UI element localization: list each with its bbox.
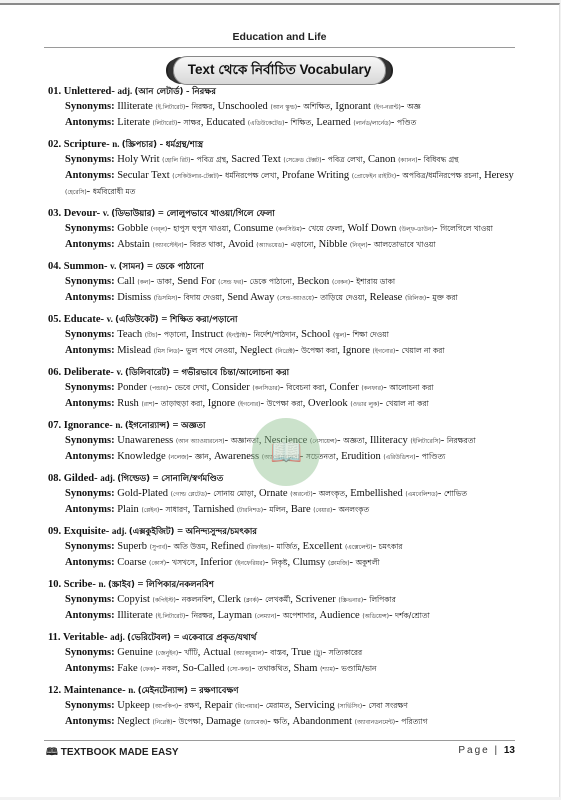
- term-word: Consider: [212, 382, 253, 393]
- page-number-value: 13: [504, 745, 515, 756]
- term-meaning: খেয়ে ফেলা: [308, 224, 342, 233]
- term-meaning: ধর্মবিরোধী মত: [93, 187, 136, 196]
- bangla-meaning: অজ্ঞতা: [181, 421, 205, 431]
- term-word: Confer: [330, 382, 362, 393]
- antonyms-line: Antonyms: Neglect (নিগ্লেক্ট)- উপেক্ষা, …: [48, 714, 539, 730]
- synonyms-line: Synonyms: Holy Writ (হোলি রিট)- পবিত্র গ…: [48, 152, 539, 168]
- term-word: Refined: [211, 541, 247, 552]
- bangla-meaning: ডেকে পাঠানো: [156, 262, 204, 272]
- term-pronunciation: (রিফাইন্ড): [247, 544, 271, 551]
- entry-word: Ignorance-: [64, 420, 116, 431]
- term-word: Consume: [234, 223, 276, 234]
- term-pronunciation: (অ্যাভয়েড): [256, 242, 284, 249]
- term-meaning: অশিক্ষিত: [303, 102, 330, 111]
- term-pronunciation: (ফেক): [140, 666, 156, 673]
- term-pronunciation: (হেরেসি): [65, 189, 87, 196]
- part-of-speech: adj.: [110, 632, 127, 642]
- term-word: Illiterate: [117, 101, 155, 112]
- entry-number: 12.: [48, 685, 64, 696]
- term-meaning: অকুশলী: [356, 558, 380, 567]
- term-word: Gobble: [117, 223, 151, 234]
- separator: -: [183, 86, 192, 97]
- term-meaning: লিপিকার: [369, 595, 396, 604]
- term-word: Learned: [316, 117, 353, 128]
- synonyms-label: Synonyms:: [65, 647, 117, 658]
- term-meaning: নিরক্ষর: [191, 611, 212, 620]
- antonyms-label: Antonyms:: [65, 557, 117, 568]
- term-meaning: ডেকে পাঠানো: [250, 277, 292, 286]
- antonyms-line: Antonyms: Mislead (মিস লিড)- ভুল পথে নেও…: [48, 343, 539, 359]
- term-word: Inferior: [200, 557, 235, 568]
- term-meaning: উপেক্ষা করা: [267, 399, 303, 408]
- term-word: Audience: [319, 610, 362, 621]
- term-word: Gold-Plated: [117, 488, 170, 499]
- term-pronunciation: (ই.লিটারেট): [155, 104, 185, 111]
- synonyms-label: Synonyms:: [65, 329, 117, 340]
- synonyms-line: Synonyms: Ponder (পন্ডার)- ভেবে দেখা, Co…: [48, 380, 539, 396]
- entry-number: 02.: [48, 139, 64, 150]
- antonyms-line: Antonyms: Plain (প্লেইন)- সাধারণ, Tarnis…: [48, 502, 539, 518]
- entry-heading: 10. Scribe- n. (স্ক্রাইব) = লিপিকার/নকলন…: [48, 577, 539, 592]
- term-word: Sham: [294, 663, 321, 674]
- term-word: Unawareness: [117, 435, 176, 446]
- term-meaning: ডাকা: [157, 277, 172, 286]
- term-word: Tarnished: [193, 504, 237, 515]
- term-pronunciation: (ইলিটারেসি): [410, 438, 440, 445]
- term-word: Knowledge: [117, 451, 168, 462]
- term-meaning: আলোচনা করা: [389, 383, 433, 392]
- term-word: Fake: [117, 663, 140, 674]
- entry-heading: 06. Deliberate- v. (ডিলিবারেট) = গভীরভাব…: [48, 365, 539, 380]
- term-meaning: বিদায় দেওয়া: [184, 293, 222, 302]
- watermark-logo: 📖: [252, 418, 320, 486]
- synonyms-line: Synonyms: Teach (টিচ)- পড়ানো, Instruct …: [48, 327, 539, 343]
- entry-number: 10.: [48, 579, 64, 590]
- term-pronunciation: (জেনুইন): [155, 650, 178, 657]
- antonyms-line: Antonyms: Coarse (কোর্স)- খসখসে, Inferio…: [48, 555, 539, 571]
- term-word: Educated: [206, 117, 248, 128]
- term-word: Scrivener: [296, 594, 339, 605]
- term-word: Send Away: [227, 292, 277, 303]
- synonyms-label: Synonyms:: [65, 154, 117, 165]
- entry-heading: 11. Veritable- adj. (ভেরিটেবল) = একেবারে…: [48, 630, 539, 645]
- entry-heading: 12. Maintenance- n. (মেইনটেন্যান্স) = রক…: [48, 683, 539, 698]
- term-pronunciation: (টারনিশড): [237, 507, 263, 514]
- term-word: Layman: [218, 610, 255, 621]
- term-pronunciation: (সুপার্ব): [150, 544, 168, 551]
- term-pronunciation: (ইগনোর): [238, 401, 261, 408]
- term-pronunciation: (ওভার লুক): [350, 401, 379, 408]
- pronunciation: (ভেরিটেবল): [127, 633, 171, 643]
- term-pronunciation: (টিচ): [145, 332, 158, 339]
- term-meaning: এড়ানো: [291, 240, 314, 249]
- term-word: Actual: [203, 647, 234, 658]
- entry-word: Devour-: [64, 208, 103, 219]
- term-pronunciation: (কনফার): [361, 385, 383, 392]
- term-pronunciation: (কনসিউম): [276, 226, 302, 233]
- term-word: Repair: [204, 700, 235, 711]
- term-pronunciation: (কল): [137, 279, 150, 286]
- term-word: Canon: [368, 154, 398, 165]
- term-meaning: সোনায় মোড়া: [213, 489, 254, 498]
- antonyms-label: Antonyms:: [65, 292, 117, 303]
- term-pronunciation: (এক্সেলেন্ট): [345, 544, 373, 551]
- vocabulary-list: 01. Unlettered- adj. (আন লেটার্ড) - নিরক…: [48, 84, 539, 736]
- term-pronunciation: (স্ক্রিভনার): [338, 597, 363, 604]
- antonyms-label: Antonyms:: [65, 398, 117, 409]
- term-meaning: লেখকর্মী: [265, 595, 290, 604]
- term-meaning: সেবা সংরক্ষণ: [368, 701, 408, 710]
- bangla-meaning: লিপিকার/নকলনবিশ: [146, 580, 214, 590]
- term-meaning: রক্ষণ: [184, 701, 199, 710]
- part-of-speech: adj.: [100, 473, 117, 483]
- bangla-meaning: অনিন্দ্যসুন্দর/চমৎকার: [186, 527, 257, 537]
- pronunciation: (এডিউকেট): [115, 315, 159, 325]
- term-meaning: অজ্ঞতা: [343, 436, 364, 445]
- term-meaning: সাধারণ: [165, 505, 187, 514]
- term-meaning: ভুল পথে নেওয়া: [186, 346, 235, 355]
- term-word: Erudition: [341, 451, 383, 462]
- term-meaning: জ্ঞান: [195, 452, 209, 461]
- term-meaning: চমৎকার: [379, 542, 403, 551]
- antonyms-line: Antonyms: Secular Text (সেকিউলার-টেক্সট)…: [48, 168, 539, 200]
- term-meaning: মার্জিত: [277, 542, 298, 551]
- term-meaning: নিরক্ষরতা: [447, 436, 476, 445]
- term-pronunciation: (প্রোফেইন রাইটিং): [352, 173, 396, 180]
- term-pronunciation: (অ্যাকচুয়াল): [234, 650, 265, 657]
- term-word: Abandonment: [293, 716, 355, 727]
- vocab-entry: 09. Exquisite- adj. (এক্সকুইজিট) = অনিন্…: [48, 524, 539, 571]
- synonyms-label: Synonyms:: [65, 276, 117, 287]
- separator: =: [155, 208, 166, 219]
- term-pronunciation: (পন্ডার): [150, 385, 169, 392]
- synonyms-label: Synonyms:: [65, 435, 117, 446]
- bangla-meaning: সোনালি/স্বর্ণমণ্ডিত: [161, 474, 223, 484]
- antonyms-line: Antonyms: Dismiss (ডিসমিস)- বিদায় দেওয়…: [48, 290, 539, 306]
- antonyms-line: Antonyms: Rush (রাশ)- তাড়াহুড়া করা, Ig…: [48, 396, 539, 412]
- entry-heading: 04. Summon- v. (সামন) = ডেকে পাঠানো: [48, 259, 539, 274]
- term-pronunciation: (রিলিজ): [405, 295, 426, 302]
- synonyms-label: Synonyms:: [65, 101, 117, 112]
- pronunciation: (সামন): [119, 262, 145, 272]
- term-pronunciation: (বেকন): [332, 279, 350, 286]
- term-meaning: খেয়াল না করা: [401, 346, 444, 355]
- term-pronunciation: (সার্ভিসিং): [337, 703, 362, 710]
- term-meaning: অনলংকৃত: [338, 505, 369, 514]
- term-pronunciation: (উল্‌ফ-ডাউন): [399, 226, 434, 233]
- vocab-entry: 12. Maintenance- n. (মেইনটেন্যান্স) = রক…: [48, 683, 539, 730]
- term-meaning: অজ্ঞ: [407, 102, 421, 111]
- entry-number: 04.: [48, 261, 64, 272]
- separator: =: [170, 420, 181, 431]
- synonyms-label: Synonyms:: [65, 594, 117, 605]
- bangla-meaning: নিরক্ষর: [192, 87, 216, 97]
- term-word: Sacred Text: [231, 154, 283, 165]
- term-word: Overlook: [308, 398, 350, 409]
- bangla-meaning: একেবারে প্রকৃত/যথার্থ: [182, 633, 256, 643]
- term-meaning: গিলেগিলে খাওয়া: [440, 224, 493, 233]
- term-word: Send For: [177, 276, 218, 287]
- term-pronunciation: (অ্যাবানডনমেন্ট): [355, 719, 395, 726]
- term-pronunciation: (প্লেইন): [141, 507, 159, 514]
- entry-word: Gilded-: [64, 473, 100, 484]
- term-pronunciation: (নিগ্লেক্ট): [153, 719, 173, 726]
- document-page: Education and Life Text থেকে নির্বাচিত V…: [0, 3, 560, 797]
- term-word: Wolf Down: [347, 223, 399, 234]
- separator: =: [188, 685, 199, 696]
- term-meaning: বিধিবদ্ধ গ্রন্থ: [424, 155, 459, 164]
- term-word: Genuine: [117, 647, 155, 658]
- entry-heading: 02. Scripture- n. (স্ক্রিপচার) - ধর্মগ্র…: [48, 137, 539, 152]
- synonyms-label: Synonyms:: [65, 382, 117, 393]
- vocab-entry: 03. Devour- v. (ডিভাউয়ার) = লোলুপভাবে খ…: [48, 206, 539, 253]
- vocab-entry: 04. Summon- v. (সামন) = ডেকে পাঠানোSynon…: [48, 259, 539, 306]
- part-of-speech: n.: [115, 420, 125, 430]
- term-word: Neglect: [117, 716, 152, 727]
- bangla-meaning: শিক্ষিত করা/পড়ানো: [170, 315, 238, 325]
- vocab-entry: 11. Veritable- adj. (ভেরিটেবল) = একেবারে…: [48, 630, 539, 677]
- term-pronunciation: (লার্নড/লার্নেড): [353, 120, 391, 127]
- term-pronunciation: (আন অ্যাওয়ারনেস): [176, 438, 225, 445]
- pronunciation: (ইগনোর‍্যান্স): [125, 421, 170, 431]
- part-of-speech: v.: [103, 208, 112, 218]
- antonyms-line: Antonyms: Abstain (অ্যাবস্টেইন)- বিরত থা…: [48, 237, 539, 253]
- term-meaning: আলতোভাবে খাওয়া: [374, 240, 436, 249]
- term-pronunciation: (রিপেয়ার): [235, 703, 260, 710]
- term-word: Excellent: [303, 541, 345, 552]
- term-pronunciation: (এরিউডিশন): [383, 454, 415, 461]
- term-meaning: অতি উত্তম: [174, 542, 206, 551]
- term-pronunciation: (সেক্রেড টেক্সট): [283, 157, 321, 164]
- term-meaning: ক্ষতি: [273, 717, 287, 726]
- antonyms-label: Antonyms:: [65, 663, 117, 674]
- bangla-meaning: ধর্মগ্রন্থ/শাস্ত্র: [166, 140, 203, 150]
- term-meaning: খসখসে: [172, 558, 195, 567]
- term-pronunciation: (এমবেলিশড): [405, 491, 437, 498]
- antonyms-label: Antonyms:: [65, 451, 117, 462]
- term-pronunciation: (এডিউকেটেড): [248, 120, 285, 127]
- antonyms-label: Antonyms:: [65, 610, 117, 621]
- antonyms-line: Antonyms: Fake (ফেক)- নকল, So-Called (সো…: [48, 661, 539, 677]
- term-pronunciation: (কপিইস্ট): [153, 597, 176, 604]
- footer-divider: [44, 740, 515, 741]
- term-pronunciation: (ড্যামেজ): [244, 719, 268, 726]
- separator: =: [159, 314, 170, 325]
- term-pronunciation: (ই.লিটারেট): [155, 613, 185, 620]
- antonyms-label: Antonyms:: [65, 117, 117, 128]
- antonyms-label: Antonyms:: [65, 239, 117, 250]
- term-meaning: নকলনবিশ: [182, 595, 213, 604]
- part-of-speech: v.: [107, 314, 116, 324]
- term-pronunciation: (ক্যানন): [398, 157, 418, 164]
- term-pronunciation: (ডিসমিস): [154, 295, 178, 302]
- term-word: Neglect: [240, 345, 275, 356]
- running-header: Education and Life: [0, 31, 559, 43]
- term-meaning: তথাকথিত: [258, 664, 289, 673]
- term-pronunciation: (অরনেট): [290, 491, 312, 498]
- term-meaning: পাণ্ডিত্য: [422, 452, 446, 461]
- term-pronunciation: (নিগ্লেক্ট): [275, 348, 295, 355]
- term-word: Ignore: [343, 345, 373, 356]
- term-pronunciation: (হোলি রিট): [162, 157, 190, 164]
- term-word: Illiterate: [117, 610, 155, 621]
- term-meaning: পণ্ডিত: [397, 118, 416, 127]
- synonyms-line: Synonyms: Genuine (জেনুইন)- খাঁটি, Actua…: [48, 645, 539, 661]
- term-meaning: সাক্ষর: [183, 118, 200, 127]
- term-pronunciation: (ইনফেরিয়র): [235, 560, 265, 567]
- vocab-entry: 02. Scripture- n. (স্ক্রিপচার) - ধর্মগ্র…: [48, 137, 539, 200]
- term-word: Secular Text: [117, 170, 172, 181]
- term-word: Ignorant: [335, 101, 373, 112]
- entry-word: Summon-: [64, 261, 110, 272]
- term-word: School: [301, 329, 333, 340]
- pronunciation: (গিল্ডেড): [117, 474, 150, 484]
- term-meaning: শিক্ষিত: [291, 118, 311, 127]
- term-meaning: বিরত থাকা: [190, 240, 223, 249]
- entry-word: Maintenance-: [64, 685, 128, 696]
- term-word: Superb: [117, 541, 149, 552]
- footer-brand: 🕮TEXTBOOK MADE EASY: [46, 745, 179, 762]
- term-pronunciation: (গোল্ড প্লেটেড): [171, 491, 207, 498]
- term-pronunciation: (ইনস্ট্রাক্ট): [226, 332, 247, 339]
- synonyms-label: Synonyms:: [65, 488, 117, 499]
- term-pronunciation: (সেন্ড-অ্যাওয়ে): [277, 295, 314, 302]
- entry-word: Scribe-: [64, 579, 99, 590]
- term-word: Upkeep: [117, 700, 152, 711]
- part-of-speech: n.: [98, 579, 108, 589]
- term-meaning: শিক্ষা দেওয়া: [353, 330, 389, 339]
- term-word: True: [291, 647, 313, 658]
- header-divider: [44, 47, 515, 48]
- entry-number: 11.: [48, 632, 63, 643]
- term-word: Rush: [117, 398, 141, 409]
- synonyms-label: Synonyms:: [65, 700, 117, 711]
- term-meaning: মুক্ত করা: [432, 293, 457, 302]
- term-word: Embellished: [350, 488, 405, 499]
- term-word: Ornate: [259, 488, 290, 499]
- vocab-entry: 05. Educate- v. (এডিউকেট) = শিক্ষিত করা/…: [48, 312, 539, 359]
- term-pronunciation: (ক্লার্ক): [244, 597, 259, 604]
- term-pronunciation: (মিস লিড): [154, 348, 180, 355]
- part-of-speech: v.: [110, 261, 119, 271]
- term-pronunciation: (নিব্‌ল): [350, 242, 368, 249]
- section-banner: Text থেকে নির্বাচিত Vocabulary: [173, 56, 387, 85]
- antonyms-label: Antonyms:: [65, 345, 117, 356]
- part-of-speech: adj.: [118, 86, 135, 96]
- term-meaning: অপবিত্র/ধর্মনিরপেক্ষ রচনা: [402, 171, 478, 180]
- term-meaning: শোভিত: [444, 489, 467, 498]
- antonyms-label: Antonyms:: [65, 170, 117, 181]
- term-pronunciation: (ক্লামজি): [328, 560, 350, 567]
- part-of-speech: n.: [112, 139, 122, 149]
- antonyms-label: Antonyms:: [65, 716, 117, 727]
- entry-number: 03.: [48, 208, 64, 219]
- term-meaning: মলিন: [269, 505, 285, 514]
- term-meaning: পরিত্যাগ: [401, 717, 427, 726]
- term-pronunciation: (অডিয়েন্স): [362, 613, 389, 620]
- term-meaning: মেরামত: [266, 701, 289, 710]
- section-banner-wrap: Text থেকে নির্বাচিত Vocabulary: [0, 56, 559, 85]
- separator: =: [144, 261, 155, 272]
- term-meaning: ভেবে দেখা: [174, 383, 206, 392]
- synonyms-label: Synonyms:: [65, 223, 117, 234]
- term-meaning: দর্শক/শ্রোতা: [395, 611, 430, 620]
- entry-word: Exquisite-: [64, 526, 112, 537]
- entry-word: Scripture-: [64, 139, 113, 150]
- term-pronunciation: (স্কুল): [333, 332, 346, 339]
- separator: =: [150, 473, 161, 484]
- term-meaning: অপেশাদার: [283, 611, 314, 620]
- term-meaning: অলংকৃত: [319, 489, 345, 498]
- vocab-entry: 01. Unlettered- adj. (আন লেটার্ড) - নিরক…: [48, 84, 539, 131]
- pronunciation: (ডিভাউয়ার): [111, 209, 155, 219]
- term-pronunciation: (শ্যাম): [320, 666, 335, 673]
- bangla-meaning: রক্ষণাবেক্ষণ: [199, 686, 238, 696]
- entry-heading: 01. Unlettered- adj. (আন লেটার্ড) - নিরক…: [48, 84, 539, 99]
- page-number: Page | 13: [458, 745, 515, 756]
- term-word: Release: [370, 292, 405, 303]
- entry-word: Unlettered-: [64, 86, 118, 97]
- term-pronunciation: (গব্‌ল): [151, 226, 167, 233]
- entry-number: 01.: [48, 86, 64, 97]
- term-word: Dismiss: [117, 292, 153, 303]
- term-pronunciation: (লিটারেট): [153, 120, 178, 127]
- term-word: Heresy: [484, 170, 514, 181]
- synonyms-label: Synonyms:: [65, 541, 117, 552]
- antonyms-line: Antonyms: Literate (লিটারেট)- সাক্ষর, Ed…: [48, 115, 539, 131]
- entry-number: 05.: [48, 314, 64, 325]
- term-word: Abstain: [117, 239, 152, 250]
- entry-word: Educate-: [64, 314, 107, 325]
- synonyms-line: Synonyms: Copyist (কপিইস্ট)- নকলনবিশ, Cl…: [48, 592, 539, 608]
- open-book-icon: 🕮: [46, 747, 58, 758]
- bangla-meaning: গভীরভাবে চিন্তা/আলোচনা করা: [181, 368, 289, 378]
- term-word: Plain: [117, 504, 141, 515]
- term-meaning: ভণ্ডামি/ভান: [341, 664, 376, 673]
- term-meaning: সত্যিকারের: [329, 648, 363, 657]
- pronunciation: (আন লেটার্ড): [135, 87, 184, 97]
- term-pronunciation: (কোর্স): [149, 560, 166, 567]
- part-of-speech: n.: [128, 685, 138, 695]
- term-word: Teach: [117, 329, 145, 340]
- term-word: Profane Writing: [282, 170, 352, 181]
- term-meaning: উপেক্ষা করা: [301, 346, 337, 355]
- term-pronunciation: (রাশ): [141, 401, 154, 408]
- term-word: Nibble: [319, 239, 350, 250]
- term-pronunciation: (অ্যাবস্টেইন): [153, 242, 184, 249]
- term-pronunciation: (নলেজ): [168, 454, 189, 461]
- term-meaning: নকল: [162, 664, 177, 673]
- term-word: Instruct: [191, 329, 226, 340]
- term-meaning: পবিত্র লেখা: [328, 155, 363, 164]
- term-meaning: তাড়াহুড়া করা: [161, 399, 203, 408]
- term-meaning: বিবেচনা করা: [286, 383, 324, 392]
- entry-number: 07.: [48, 420, 64, 431]
- term-word: So-Called: [183, 663, 228, 674]
- term-pronunciation: (সেকিউলার-টেক্সট): [172, 173, 219, 180]
- entry-heading: 05. Educate- v. (এডিউকেট) = শিক্ষিত করা/…: [48, 312, 539, 327]
- term-meaning: খেয়াল না করা: [386, 399, 429, 408]
- term-pronunciation: (ইগনোর): [373, 348, 396, 355]
- synonyms-line: Synonyms: Gold-Plated (গোল্ড প্লেটেড)- স…: [48, 486, 539, 502]
- page-label: Page |: [458, 745, 499, 756]
- synonyms-line: Synonyms: Illiterate (ই.লিটারেট)- নিরক্ষ…: [48, 99, 539, 115]
- entry-word: Deliberate-: [64, 367, 117, 378]
- term-meaning: উপেক্ষা: [179, 717, 201, 726]
- term-meaning: বাস্তব: [270, 648, 286, 657]
- vocab-entry: 10. Scribe- n. (স্ক্রাইব) = লিপিকার/নকলন…: [48, 577, 539, 624]
- entry-heading: 03. Devour- v. (ডিভাউয়ার) = লোলুপভাবে খ…: [48, 206, 539, 221]
